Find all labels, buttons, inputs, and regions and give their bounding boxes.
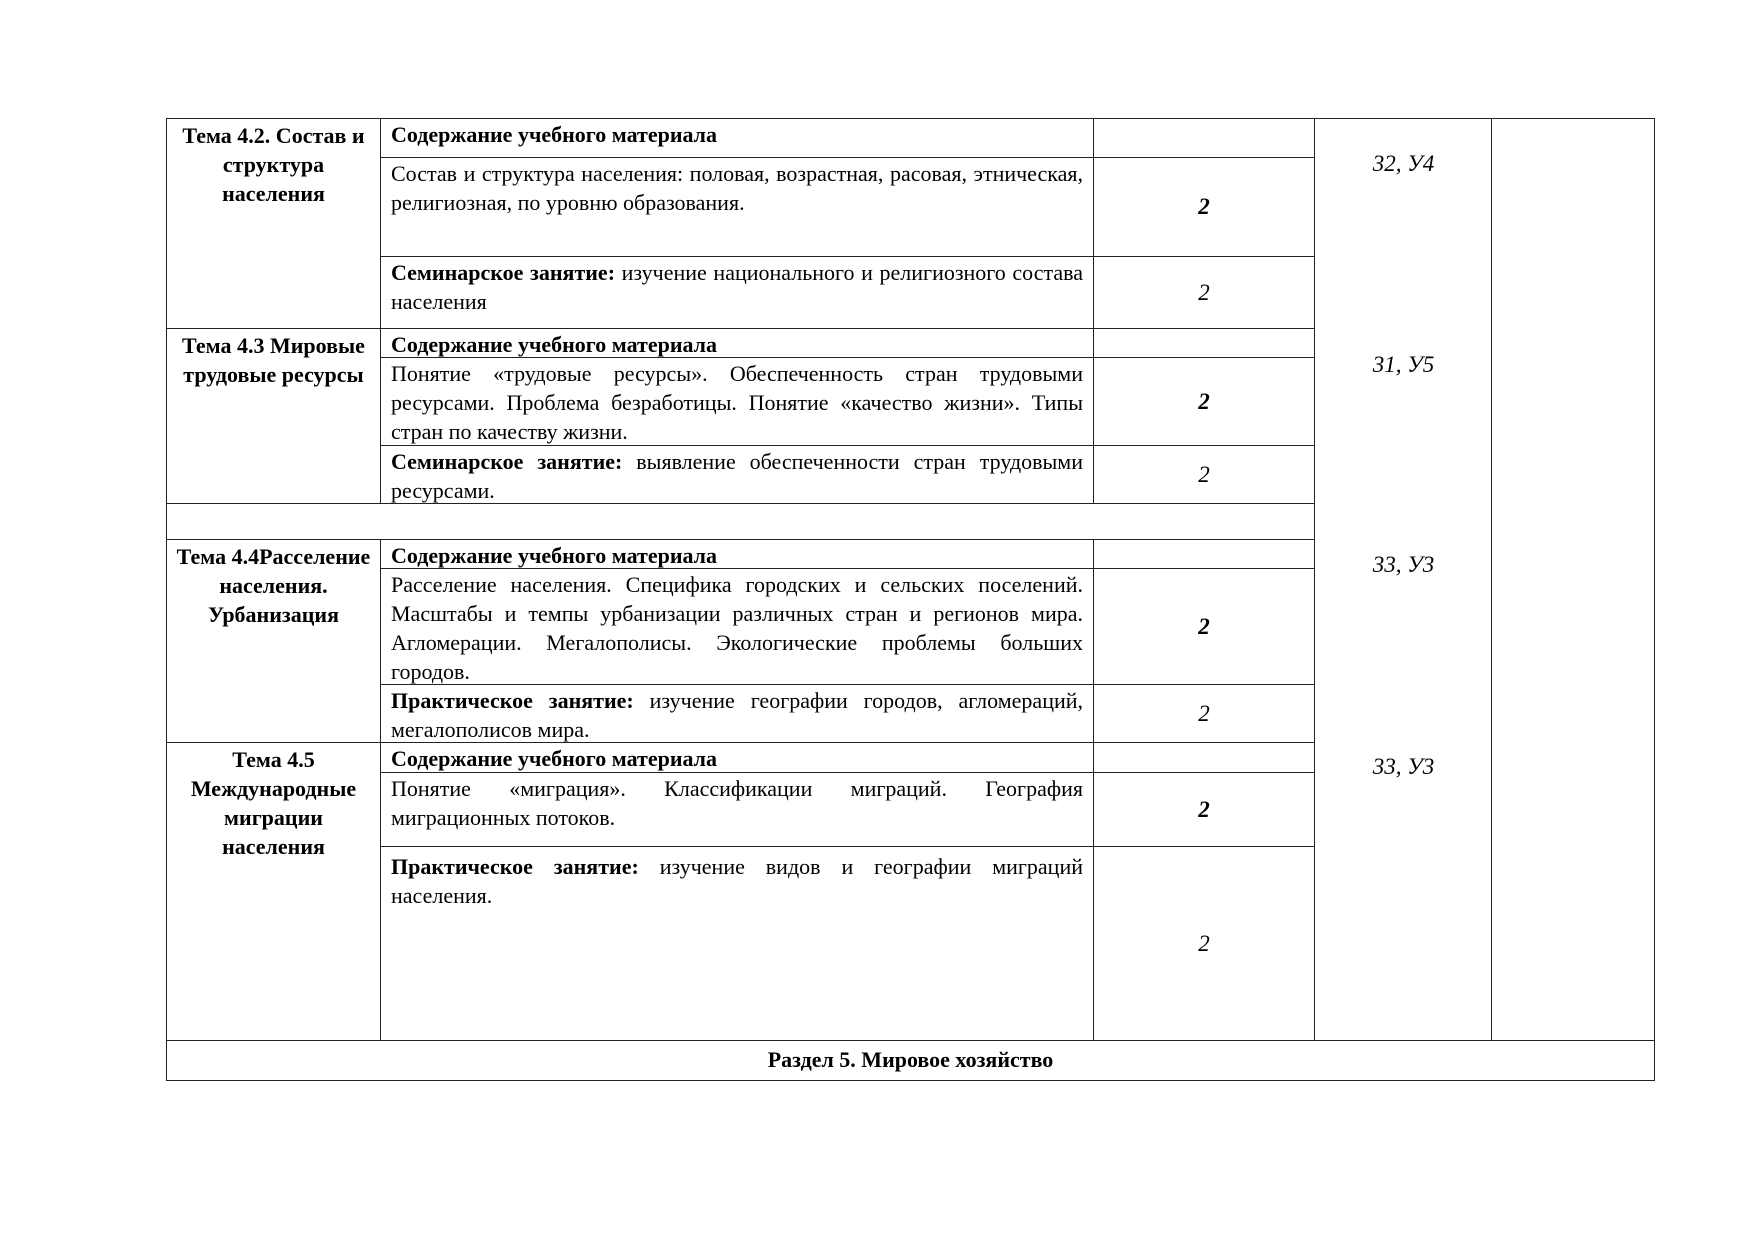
notes-column-cell: [1491, 118, 1655, 1041]
content-hours-4-5: 2: [1093, 772, 1315, 847]
competencies-topic-4-5: 33, У3: [1315, 753, 1492, 781]
content-text-4-3: Понятие «трудовые ресурсы». Обеспеченнос…: [380, 357, 1094, 446]
content-hours-4-3: 2: [1093, 357, 1315, 446]
topic-title-4-5: Тема 4.5 Международные миграции населени…: [166, 742, 381, 1041]
activity-label-4-4: Практическое занятие:: [391, 688, 634, 713]
content-header-4-3: Содержание учебного материала: [380, 328, 1094, 358]
activity-hours-4-4: 2: [1093, 684, 1315, 743]
activity-4-5: Практическое занятие: изучение видов и г…: [380, 846, 1094, 1041]
section-heading-row: Раздел 5. Мировое хозяйство: [166, 1040, 1655, 1081]
activity-label-4-3: Семинарское занятие:: [391, 449, 622, 474]
content-hours-4-2: 2: [1093, 157, 1315, 257]
topic-title-4-2: Тема 4.2. Состав и структура населения: [166, 118, 381, 329]
content-hours-4-4: 2: [1093, 568, 1315, 685]
hours-header-4-3: [1093, 328, 1315, 358]
content-text-4-4: Расселение населения. Специфика городски…: [380, 568, 1094, 685]
activity-4-2: Семинарское занятие: изучение национальн…: [380, 256, 1094, 329]
hours-header-4-4: [1093, 539, 1315, 569]
hours-header-4-2: [1093, 118, 1315, 158]
content-text-4-5: Понятие «миграция». Классификации миграц…: [380, 772, 1094, 847]
content-header-4-2: Содержание учебного материала: [380, 118, 1094, 158]
topic-title-4-4: Тема 4.4Расселение населения. Урбанизаци…: [166, 539, 381, 743]
competencies-topic-4-4: 33, У3: [1315, 551, 1492, 579]
curriculum-page: 32, У4 31, У5 33, У3 33, У3 Тема 4.2. Со…: [0, 0, 1755, 1241]
activity-hours-4-5: 2: [1093, 846, 1315, 1041]
activity-hours-4-2: 2: [1093, 256, 1315, 329]
competencies-column-cell: [1314, 118, 1492, 1041]
blank-row: [166, 503, 1315, 540]
competencies-topic-4-3: 31, У5: [1315, 351, 1492, 379]
content-header-4-5: Содержание учебного материала: [380, 742, 1094, 773]
content-header-4-4: Содержание учебного материала: [380, 539, 1094, 569]
hours-header-4-5: [1093, 742, 1315, 773]
activity-4-4: Практическое занятие: изучение географии…: [380, 684, 1094, 743]
content-text-4-2: Состав и структура населения: половая, в…: [380, 157, 1094, 257]
activity-label-4-2: Семинарское занятие:: [391, 260, 615, 285]
topic-title-4-3: Тема 4.3 Мировые трудовые ресурсы: [166, 328, 381, 504]
activity-hours-4-3: 2: [1093, 445, 1315, 504]
competencies-topic-4-2: 32, У4: [1315, 150, 1492, 178]
activity-label-4-5: Практическое занятие:: [391, 854, 639, 879]
activity-4-3: Семинарское занятие: выявление обеспечен…: [380, 445, 1094, 504]
